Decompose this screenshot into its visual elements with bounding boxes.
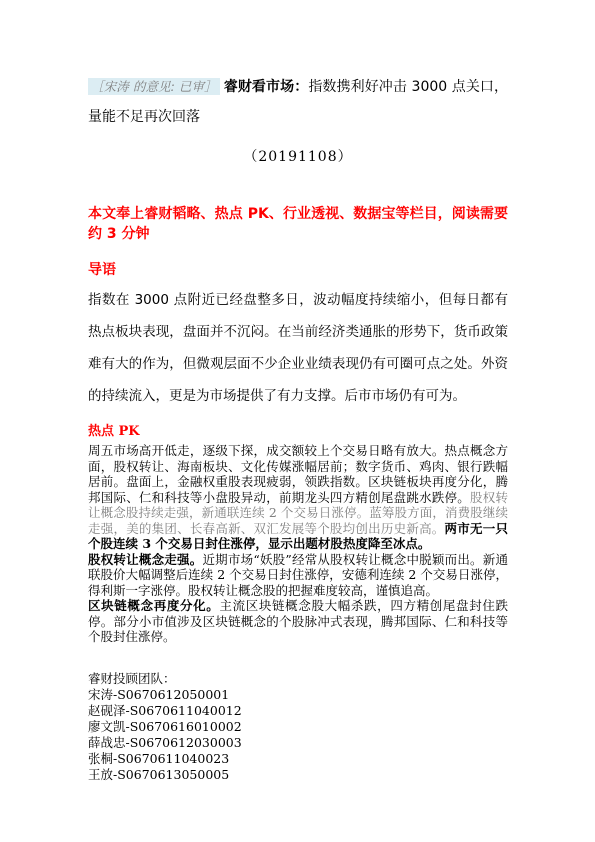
reading-time-notice: 本文奉上睿财韬略、热点 PK、行业透视、数据宝等栏目，阅读需要约 3 分钟 [88,204,508,244]
hot-pk-section-heading: 热点 PK [88,424,508,440]
hot-pk-paragraph-equity-transfer: 股权转让概念走强。近期市场“妖股”经常从股权转让概念中脱颖而出。新通联股价大幅调… [88,552,508,599]
intro-section-heading: 导语 [88,260,508,280]
team-title: 睿财投顾团队： [88,671,508,687]
market-review-normal-text: 周五市场高开低走，逐级下探，成交额较上个交易日略有放大。热点概念方面，股权转让、… [88,443,508,505]
team-member: 张桐-S0670611040023 [88,751,508,767]
team-member: 王放-S0670613050005 [88,767,508,783]
team-member: 赵砚泽-S0670611040012 [88,703,508,719]
team-member: 薛战忠-S0670612030003 [88,735,508,751]
document-content: ［宋涛 的意见: 已审］睿财看市场：指数携利好冲击 3000 点关口，量能不足再… [88,72,508,783]
hot-pk-paragraph-market-review: 周五市场高开低走，逐级下探，成交额较上个交易日略有放大。热点概念方面，股权转让、… [88,443,508,552]
intro-paragraph: 指数在 3000 点附近已经盘整多日，波动幅度持续缩小，但每日都有热点板块表现，… [88,284,508,412]
title-paragraph: ［宋涛 的意见: 已审］睿财看市场：指数携利好冲击 3000 点关口，量能不足再… [88,72,508,132]
document-page: ［宋涛 的意见: 已审］睿财看市场：指数携利好冲击 3000 点关口，量能不足再… [0,0,595,842]
blockchain-lead: 区块链概念再度分化。 [88,598,219,613]
team-member: 宋涛-S0670612050001 [88,687,508,703]
team-member: 廖文凯-S0670616010002 [88,719,508,735]
team-signature-block: 睿财投顾团队： 宋涛-S0670612050001 赵砚泽-S067061104… [88,671,508,783]
column-title-label: 睿财看市场： [224,79,309,95]
review-comment-badge[interactable]: ［宋涛 的意见: 已审］ [88,78,220,95]
report-date: （20191108） [88,146,508,166]
equity-transfer-lead: 股权转让概念走强。 [88,552,202,567]
hot-pk-paragraph-blockchain: 区块链概念再度分化。主流区块链概念股大幅杀跌，四方精创尾盘封住跌停。部分小市值涉… [88,598,508,645]
